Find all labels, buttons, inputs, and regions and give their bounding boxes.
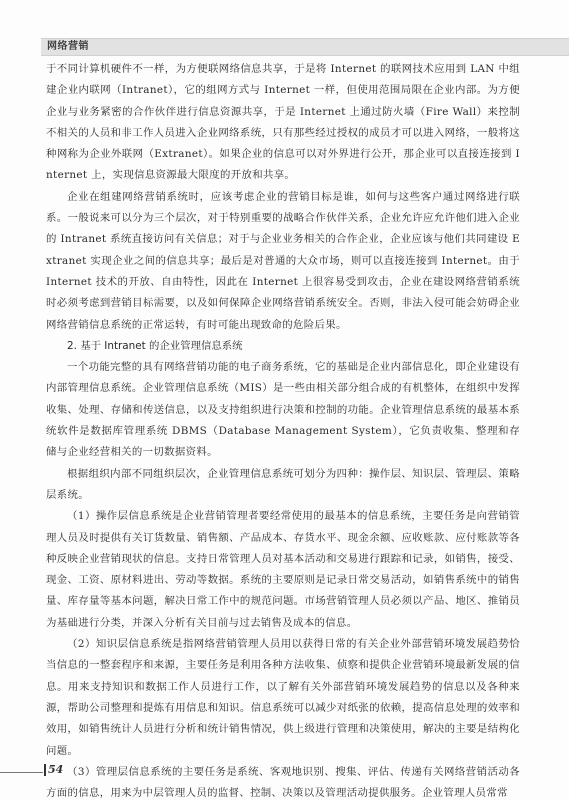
footer-marker <box>44 764 46 776</box>
paragraph-mis-levels: 根据组织内部不同组织层次，企业管理信息系统可划分为四种：操作层、知识层、管理层、… <box>46 464 520 507</box>
paragraph-network-layers: 企业在组建网络营销系统时，应该考虑企业的营销目标是谁，如何与这些客户通过网络进行… <box>46 187 520 336</box>
paragraph-continuation: 于不同计算机硬件不一样，为方便联网络信息共享，于是将 Internet 的联网技… <box>46 59 520 187</box>
paragraph-operational-layer: （1）操作层信息系统是企业营销管理者要经常使用的最基本的信息系统，主要任务是向营… <box>46 506 520 634</box>
section-heading: 2. 基于 Intranet 的企业管理信息系统 <box>46 336 520 357</box>
running-header: 网络营销 <box>41 38 569 56</box>
paragraph-knowledge-layer: （2）知识层信息系统是指网络营销管理人员用以获得日常的有关企业外部营销环境发展趋… <box>46 634 520 762</box>
footer-rule <box>0 772 43 773</box>
running-header-title: 网络营销 <box>47 40 89 54</box>
page-footer: 54 <box>0 762 200 782</box>
paragraph-mis-intro: 一个功能完整的具有网络营销功能的电子商务系统，它的基础是企业内部信息化，即企业建… <box>46 357 520 463</box>
page-body: 于不同计算机硬件不一样，为方便联网络信息共享，于是将 Internet 的联网技… <box>46 59 520 800</box>
page-number: 54 <box>48 762 63 778</box>
